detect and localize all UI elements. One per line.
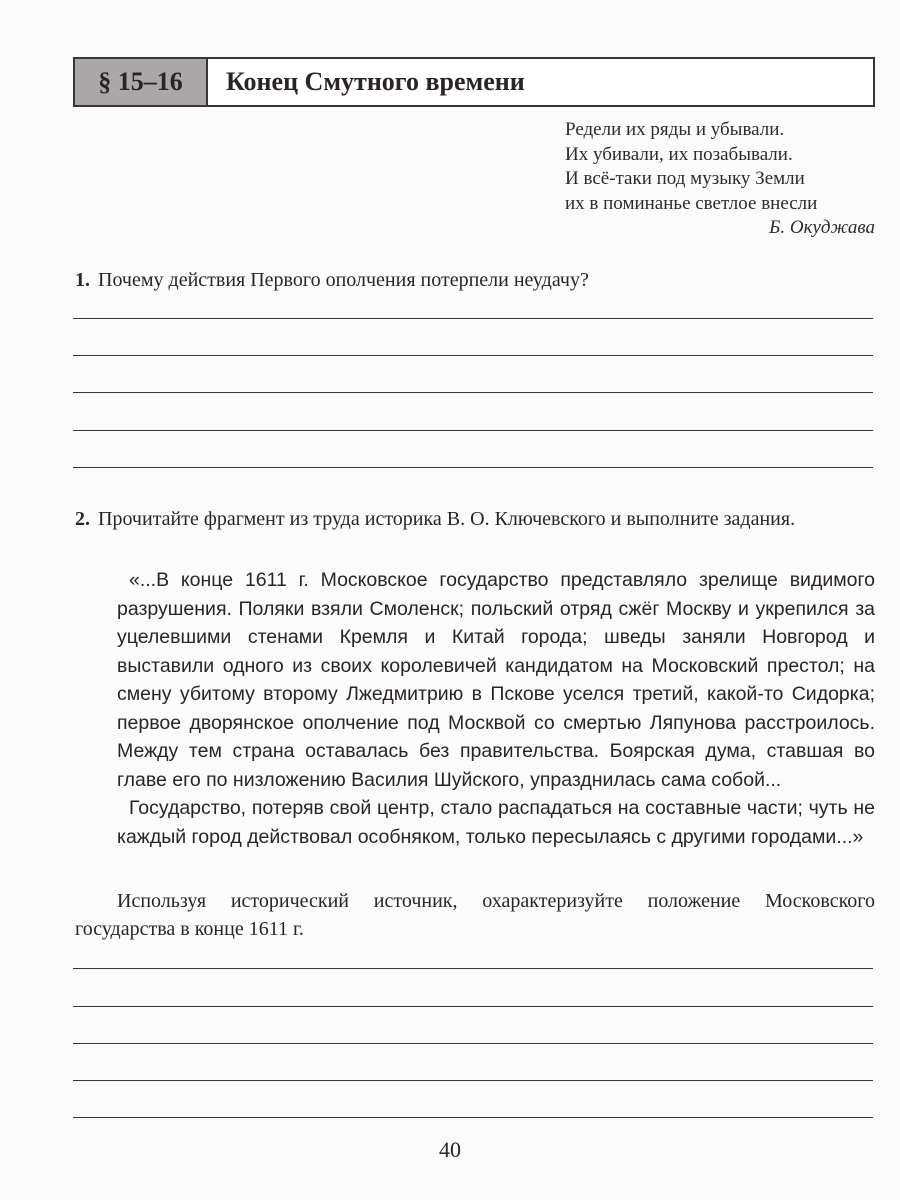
answer-line[interactable]	[73, 1080, 873, 1081]
epigraph-line: их в поминанье светлое внесли	[565, 192, 875, 217]
quote-paragraph: «...В конце 1611 г. Московское государст…	[117, 566, 875, 794]
section-header: § 15–16 Конец Смутного времени	[73, 57, 875, 107]
page-title: Конец Смутного времени	[208, 59, 873, 105]
section-number: § 15–16	[75, 59, 208, 105]
question-2: 2. Прочитайте фрагмент из труда историка…	[75, 505, 875, 533]
answer-line[interactable]	[73, 392, 873, 393]
kluchevsky-quote: «...В конце 1611 г. Московское государст…	[117, 566, 875, 851]
epigraph: Редели их ряды и убывали. Их убивали, их…	[565, 118, 875, 241]
question-number: 2.	[75, 505, 90, 533]
epigraph-line: И всё-таки под музыку Земли	[565, 167, 875, 192]
answer-line[interactable]	[73, 318, 873, 319]
epigraph-line: Их убивали, их позабывали.	[565, 143, 875, 168]
answer-line[interactable]	[73, 355, 873, 356]
task-text: Используя исторический источник, охаракт…	[75, 887, 875, 943]
question-text: Почему действия Первого ополчения потерп…	[98, 269, 589, 291]
answer-line[interactable]	[73, 968, 873, 969]
answer-line[interactable]	[73, 1006, 873, 1007]
answer-line[interactable]	[73, 1117, 873, 1118]
page-number: 40	[0, 1137, 900, 1163]
answer-line[interactable]	[73, 1043, 873, 1044]
epigraph-author: Б. Окуджава	[565, 216, 875, 241]
quote-paragraph: Государство, потеряв свой центр, стало р…	[117, 794, 875, 851]
question-number: 1.	[75, 269, 90, 291]
answer-line[interactable]	[73, 467, 873, 468]
question-text: Прочитайте фрагмент из труда историка В.…	[98, 505, 795, 533]
epigraph-line: Редели их ряды и убывали.	[565, 118, 875, 143]
question-1: 1.Почему действия Первого ополчения поте…	[75, 266, 875, 294]
answer-line[interactable]	[73, 430, 873, 431]
